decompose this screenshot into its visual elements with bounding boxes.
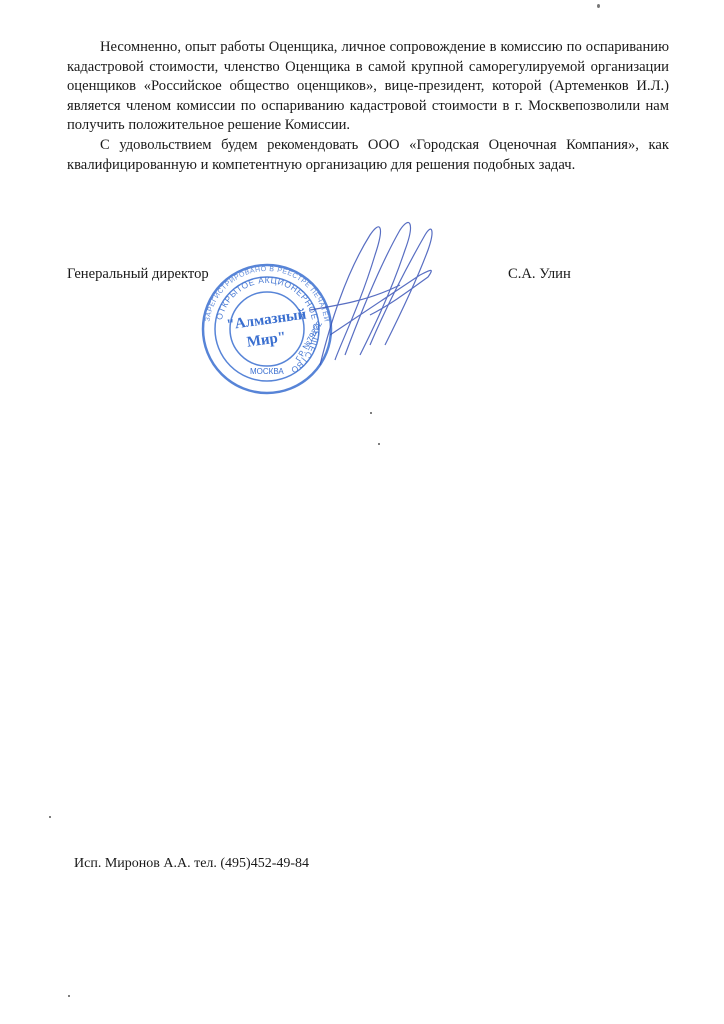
scan-speck — [370, 412, 372, 414]
stamp-center-line2: Мир" — [246, 329, 287, 350]
paragraph-experience: Несомненно, опыт работы Оценщика, личное… — [67, 38, 669, 136]
scan-speck — [597, 4, 600, 8]
executor-contact: Исп. Миронов А.А. тел. (495)452-49-84 — [74, 856, 309, 872]
signatory-title: Генеральный директор — [67, 266, 209, 283]
scan-speck — [49, 816, 51, 818]
signatory-name: С.А. Улин — [508, 266, 571, 283]
scan-speck — [378, 443, 380, 445]
stamp-city: МОСКВА — [250, 367, 284, 376]
letter-body: Несомненно, опыт работы Оценщика, личное… — [67, 38, 669, 175]
handwritten-signature-icon — [290, 215, 460, 375]
document-page: Несомненно, опыт работы Оценщика, личное… — [0, 0, 724, 1024]
paragraph-recommendation: С удовольствием будем рекомендовать ООО … — [67, 136, 669, 175]
scan-speck — [68, 995, 70, 997]
